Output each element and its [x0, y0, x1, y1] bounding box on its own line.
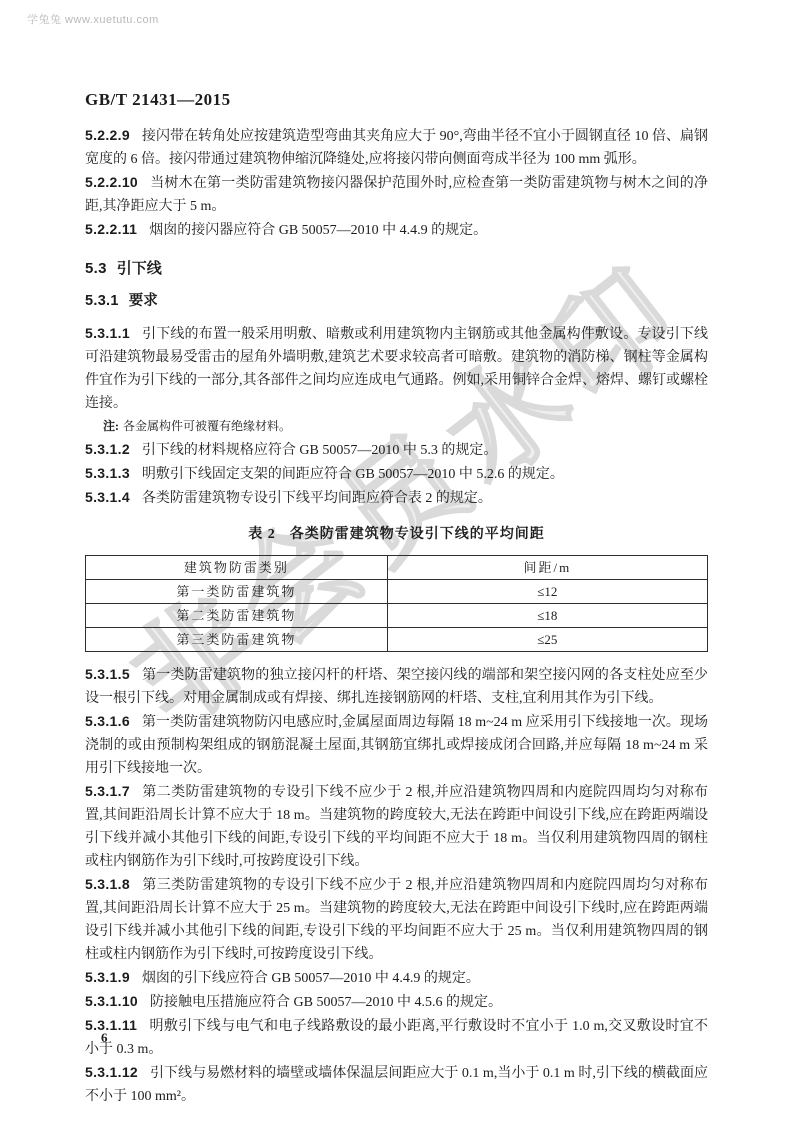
clause-number: 5.3.1.5 [85, 666, 130, 682]
table-header-category: 建筑物防雷类别 [86, 556, 388, 580]
clause-53110: 5.3.1.10防接触电压措施应符合 GB 50057—2010 中 4.5.6… [85, 990, 708, 1014]
clause-text: 第一类防雷建筑物防闪电感应时,金属屋面周边每隔 18 m~24 m 应采用引下线… [85, 715, 708, 776]
table-header-distance: 间距/m [387, 556, 707, 580]
table-cell-distance: ≤25 [387, 628, 707, 652]
table-cell-distance: ≤12 [387, 580, 707, 604]
clause-5311: 5.3.1.1引下线的布置一般采用明敷、暗敷或利用建筑物内主钢筋或其他金属构件敷… [85, 322, 708, 415]
table-caption: 表 2各类防雷建筑物专设引下线的平均间距 [85, 523, 708, 546]
section-number: 5.3 [85, 260, 107, 277]
clause-text: 第二类防雷建筑物的专设引下线不应少于 2 根,并应沿建筑物四周和内庭院四周均匀对… [85, 785, 708, 869]
subsection-number: 5.3.1 [85, 293, 119, 309]
clause-5315: 5.3.1.5第一类防雷建筑物的独立接闪杆的杆塔、架空接闪线的端部和架空接闪网的… [85, 663, 708, 710]
clause-5229: 5.2.2.9接闪带在转角处应按建筑造型弯曲其夹角应大于 90°,弯曲半径不宜小… [85, 124, 708, 171]
clause-5316: 5.3.1.6第一类防雷建筑物防闪电感应时,金属屋面周边每隔 18 m~24 m… [85, 710, 708, 780]
clause-text: 各类防雷建筑物专设引下线平均间距应符合表 2 的规定。 [142, 491, 492, 506]
clause-5319: 5.3.1.9烟囱的引下线应符合 GB 50057—2010 中 4.4.9 的… [85, 966, 708, 990]
clause-text: 防接触电压措施应符合 GB 50057—2010 中 4.5.6 的规定。 [150, 995, 502, 1010]
clause-number: 5.3.1.3 [85, 465, 130, 481]
standard-number-header: GB/T 21431—2015 [85, 90, 231, 110]
clause-text: 引下线与易燃材料的墙壁或墙体保温层间距应大于 0.1 m,当小于 0.1 m 时… [85, 1066, 708, 1104]
clause-53111: 5.3.1.11明敷引下线与电气和电子线路敷设的最小距离,平行敷设时不宜小于 1… [85, 1014, 708, 1061]
clause-number: 5.3.1.12 [85, 1064, 138, 1080]
table-cell-category: 第一类防雷建筑物 [86, 580, 388, 604]
clause-text: 烟囱的接闪器应符合 GB 50057—2010 中 4.4.9 的规定。 [149, 223, 487, 238]
subsection-title: 要求 [129, 293, 158, 309]
clause-text: 接闪带在转角处应按建筑造型弯曲其夹角应大于 90°,弯曲半径不宜小于圆钢直径 1… [85, 129, 708, 167]
clause-text: 第一类防雷建筑物的独立接闪杆的杆塔、架空接闪线的端部和架空接闪网的各支柱处应至少… [85, 668, 708, 706]
clause-number: 5.3.1.4 [85, 489, 130, 505]
note: 注:各金属构件可被覆有绝缘材料。 [85, 417, 708, 436]
clause-text: 当树木在第一类防雷建筑物接闪器保护范围外时,应检查第一类防雷建筑物与树木之间的净… [85, 176, 708, 214]
clause-5318: 5.3.1.8第三类防雷建筑物的专设引下线不应少于 2 根,并应沿建筑物四周和内… [85, 873, 708, 966]
clause-number: 5.3.1.9 [85, 969, 130, 985]
note-label: 注: [103, 419, 119, 433]
clause-text: 明敷引下线与电气和电子线路敷设的最小距离,平行敷设时不宜小于 1.0 m,交叉敷… [85, 1019, 708, 1057]
subsection-heading-531: 5.3.1要求 [85, 290, 708, 313]
clause-53112: 5.3.1.12引下线与易燃材料的墙壁或墙体保温层间距应大于 0.1 m,当小于… [85, 1061, 708, 1108]
table-row: 第一类防雷建筑物 ≤12 [86, 580, 708, 604]
clause-text: 明敷引下线固定支架的间距应符合 GB 50057—2010 中 5.2.6 的规… [142, 467, 564, 482]
clause-number: 5.2.2.9 [85, 127, 130, 143]
clause-text: 烟囱的引下线应符合 GB 50057—2010 中 4.4.9 的规定。 [142, 971, 480, 986]
table-cell-category: 第二类防雷建筑物 [86, 604, 388, 628]
clause-52210: 5.2.2.10当树木在第一类防雷建筑物接闪器保护范围外时,应检查第一类防雷建筑… [85, 171, 708, 218]
page-content: 5.2.2.9接闪带在转角处应按建筑造型弯曲其夹角应大于 90°,弯曲半径不宜小… [85, 124, 708, 1108]
clause-text: 第三类防雷建筑物的专设引下线不应少于 2 根,并应沿建筑物四周和内庭院四周均匀对… [85, 878, 708, 962]
clause-number: 5.3.1.8 [85, 876, 130, 892]
clause-number: 5.3.1.10 [85, 993, 138, 1009]
table-cell-distance: ≤18 [387, 604, 707, 628]
clause-5314: 5.3.1.4各类防雷建筑物专设引下线平均间距应符合表 2 的规定。 [85, 486, 708, 510]
clause-number: 5.3.1.6 [85, 713, 130, 729]
clause-number: 5.3.1.11 [85, 1017, 137, 1033]
table-2-down-conductor-spacing: 建筑物防雷类别 间距/m 第一类防雷建筑物 ≤12 第二类防雷建筑物 ≤18 第… [85, 555, 708, 652]
page-number: 6 [101, 1030, 108, 1046]
clause-5317: 5.3.1.7第二类防雷建筑物的专设引下线不应少于 2 根,并应沿建筑物四周和内… [85, 780, 708, 873]
table-header-row: 建筑物防雷类别 间距/m [86, 556, 708, 580]
clause-5313: 5.3.1.3明敷引下线固定支架的间距应符合 GB 50057—2010 中 5… [85, 462, 708, 486]
table-caption-title: 各类防雷建筑物专设引下线的平均间距 [290, 527, 545, 542]
clause-number: 5.2.2.11 [85, 221, 137, 237]
table-row: 第二类防雷建筑物 ≤18 [86, 604, 708, 628]
clause-number: 5.3.1.1 [85, 325, 130, 341]
section-title: 引下线 [117, 261, 162, 277]
clause-text: 引下线的布置一般采用明敷、暗敷或利用建筑物内主钢筋或其他金属构件敷设。专设引下线… [85, 327, 708, 411]
clause-number: 5.3.1.2 [85, 441, 130, 457]
clause-number: 5.3.1.7 [85, 783, 130, 799]
clause-52211: 5.2.2.11烟囱的接闪器应符合 GB 50057—2010 中 4.4.9 … [85, 218, 708, 242]
section-heading-53: 5.3引下线 [85, 257, 708, 281]
table-row: 第三类防雷建筑物 ≤25 [86, 628, 708, 652]
table-caption-label: 表 2 [248, 527, 276, 542]
note-text: 各金属构件可被覆有绝缘材料。 [123, 419, 291, 433]
table-cell-category: 第三类防雷建筑物 [86, 628, 388, 652]
clause-number: 5.2.2.10 [85, 174, 138, 190]
document-page: 学兔兔 www.xuetutu.com 非会员水印 GB/T 21431—201… [0, 0, 793, 1122]
clause-5312: 5.3.1.2引下线的材料规格应符合 GB 50057—2010 中 5.3 的… [85, 438, 708, 462]
clause-text: 引下线的材料规格应符合 GB 50057—2010 中 5.3 的规定。 [142, 443, 497, 458]
site-watermark: 学兔兔 www.xuetutu.com [27, 11, 159, 27]
